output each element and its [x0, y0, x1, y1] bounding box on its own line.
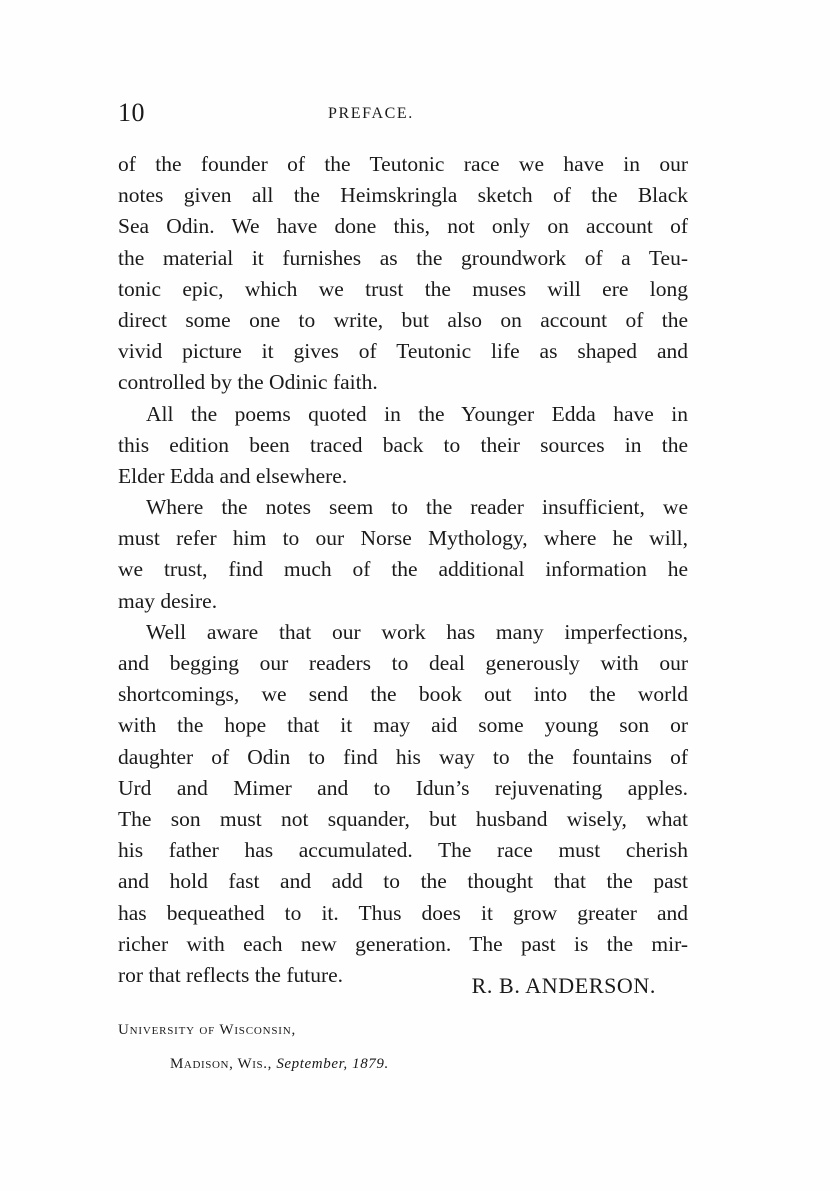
- text-line: may desire.: [118, 586, 688, 617]
- text-line: Where the notes seem to the reader insuf…: [118, 492, 688, 523]
- text-line: All the poems quoted in the Younger Edda…: [118, 399, 688, 430]
- text-line: and begging our readers to deal generous…: [118, 648, 688, 679]
- place-date-line: Madison, Wis., September, 1879.: [170, 1053, 389, 1075]
- text-line: direct some one to write, but also on ac…: [118, 305, 688, 336]
- text-line: of the founder of the Teutonic race we h…: [118, 149, 688, 180]
- date-year: 1879.: [352, 1056, 389, 1072]
- text-line: and hold fast and add to the thought tha…: [118, 866, 688, 897]
- text-line: Elder Edda and elsewhere.: [118, 461, 688, 492]
- text-line: has bequeathed to it. Thus does it grow …: [118, 898, 688, 929]
- institution-line: University of Wisconsin,: [118, 1019, 296, 1041]
- running-head: PREFACE.: [328, 102, 414, 126]
- text-line: his father has accumulated. The race mus…: [118, 835, 688, 866]
- text-line: tonic epic, which we trust the muses wil…: [118, 274, 688, 305]
- text-line: with the hope that it may aid some young…: [118, 710, 688, 741]
- text-line: the material it furnishes as the groundw…: [118, 243, 688, 274]
- preface-body: of the founder of the Teutonic race we h…: [118, 149, 688, 991]
- text-line: must refer him to our Norse Mythology, w…: [118, 523, 688, 554]
- book-page: 10 PREFACE. of the founder of the Teuton…: [0, 0, 840, 1191]
- city: Madison, Wis.,: [170, 1056, 272, 1072]
- text-line: this edition been traced back to their s…: [118, 430, 688, 461]
- text-line: Well aware that our work has many imperf…: [118, 617, 688, 648]
- text-line: Sea Odin. We have done this, not only on…: [118, 211, 688, 242]
- author-signature: R. B. ANDERSON.: [472, 971, 656, 1001]
- text-line: Urd and Mimer and to Idun’s rejuvenating…: [118, 773, 688, 804]
- text-line: notes given all the Heimskringla sketch …: [118, 180, 688, 211]
- page-number: 10: [118, 98, 145, 128]
- text-line: we trust, find much of the additional in…: [118, 554, 688, 585]
- page-header: 10 PREFACE.: [118, 98, 688, 128]
- date-month: September,: [276, 1056, 347, 1072]
- text-line: The son must not squander, but husband w…: [118, 804, 688, 835]
- text-line: vivid picture it gives of Teutonic life …: [118, 336, 688, 367]
- text-line: controlled by the Odinic faith.: [118, 367, 688, 398]
- text-line: shortcomings, we send the book out into …: [118, 679, 688, 710]
- text-line: daughter of Odin to find his way to the …: [118, 742, 688, 773]
- text-line: richer with each new generation. The pas…: [118, 929, 688, 960]
